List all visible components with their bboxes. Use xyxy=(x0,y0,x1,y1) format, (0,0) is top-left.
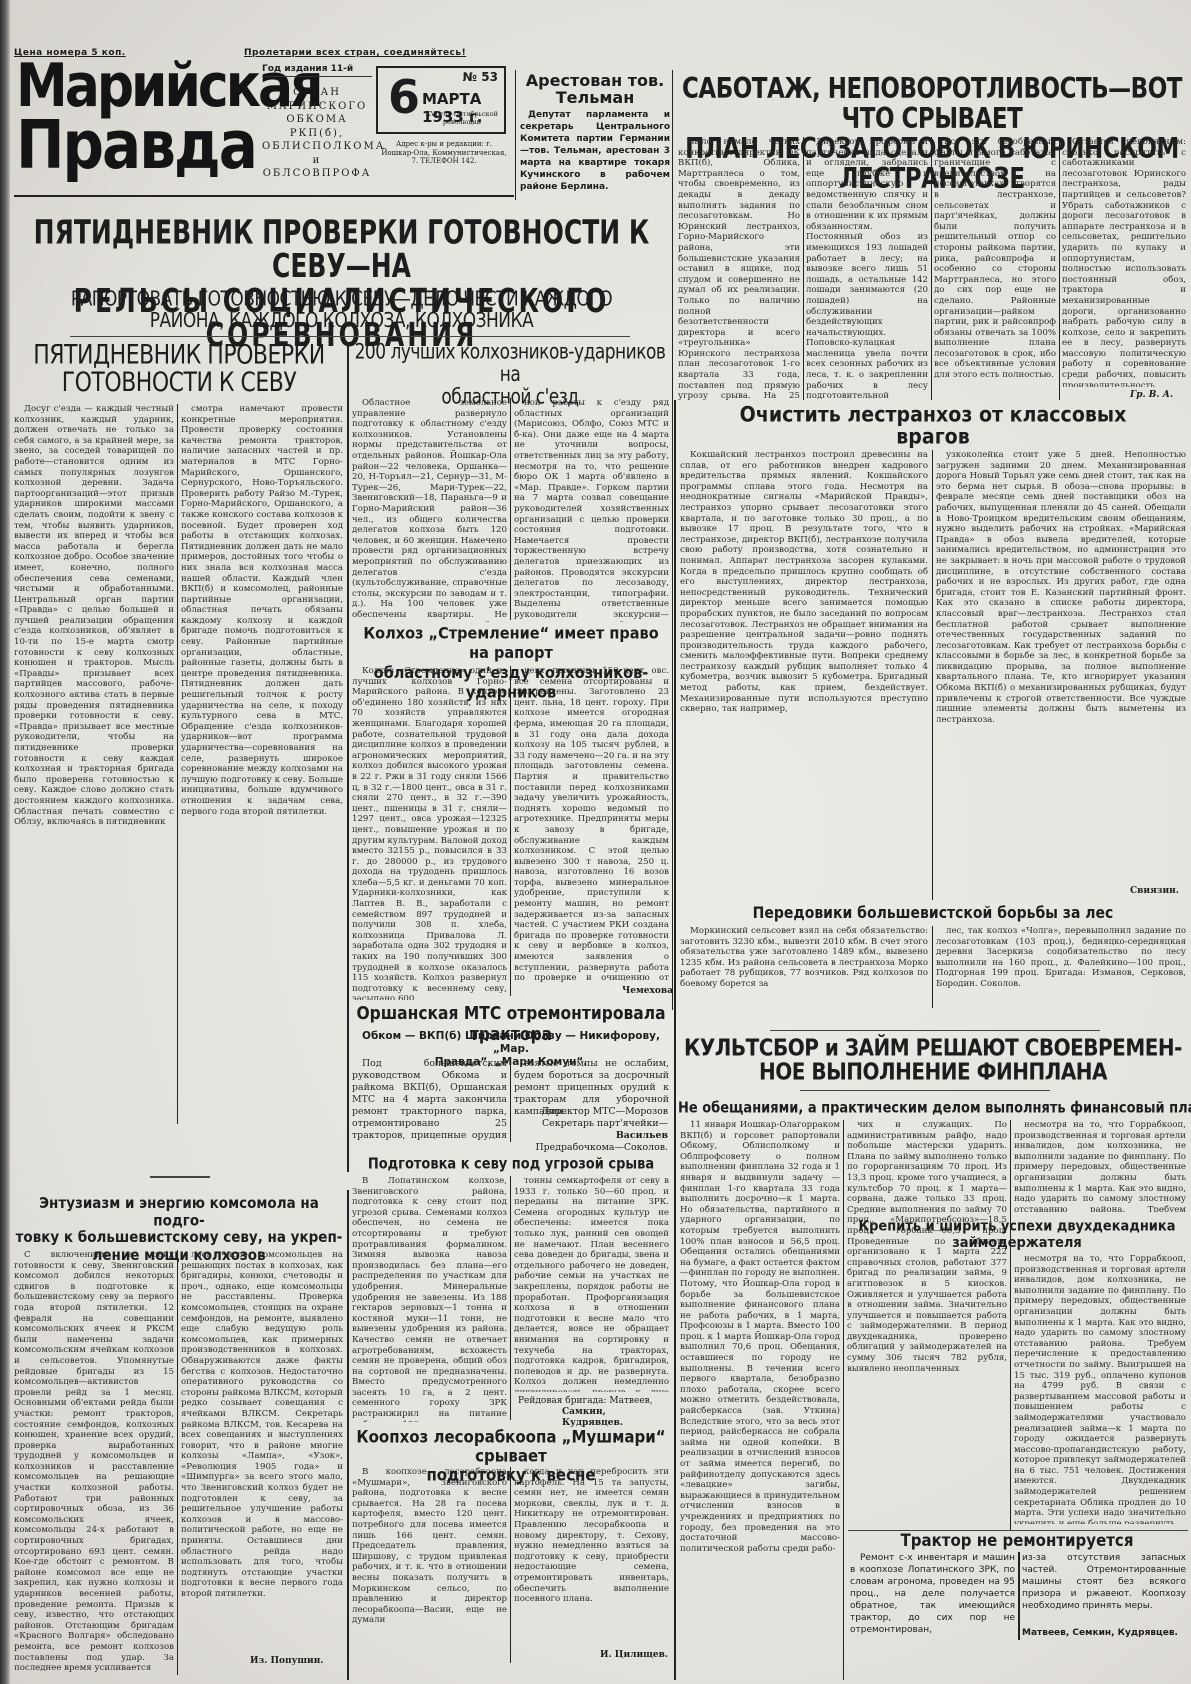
stremlenie-title-line-1: Колхоз „Стремление“ имеет право на рапор… xyxy=(352,624,670,664)
mushmari-signature: И. Цилищев. xyxy=(600,1650,668,1660)
column-rule xyxy=(347,342,349,1172)
article-text: смотра намечают провести конкретные меро… xyxy=(181,404,343,817)
sabotage-title-line-1: САБОТАЖ, НЕПОВОРОТЛИВОСТЬ—ВОТ ЧТО СРЫВАЕ… xyxy=(676,74,1188,134)
cleanse-column-2: узкоколейка стоит уже 5 дней. Неполность… xyxy=(936,450,1186,882)
komsomol-title-line-1: Энтузиазм и энергию комсомола на подго- xyxy=(14,1196,344,1230)
organ-line: МАРИЙСКОГО xyxy=(262,100,372,114)
orsha-subtitle-line-1: Обком — ВКП(б) Ширвани Облзу — Никифоров… xyxy=(352,1030,670,1056)
stremlenie-column-1: Колхоз «Стремление» один из лучших колхо… xyxy=(352,666,507,1000)
publication-year: Год издания 11-й xyxy=(262,64,372,77)
five-day-column-1: Досуг с'езда — каждый честный колхозник,… xyxy=(14,404,174,1129)
orsha-signatures: Директор МТС—Морозов Секретарь парт'ячей… xyxy=(530,1106,668,1154)
cleanse-column-1: Кокшайский лестранхоз построил древесины… xyxy=(680,450,928,902)
five-day-column-2: смотра намечают провести конкретные меро… xyxy=(181,404,343,1129)
article-text: 11 января Йошкар-Олагорраком ВКП(б) и го… xyxy=(680,1120,840,1554)
section-rule xyxy=(770,1030,1100,1031)
masthead-rule xyxy=(14,195,514,197)
column-rule xyxy=(510,1058,511,1142)
best-200-column-1: Областное земельное управление развернул… xyxy=(352,398,507,622)
sabotage-signature: Гр. В. А. xyxy=(1130,390,1173,400)
cleanse-title-line-1: Очистить лестранхоз от классовых xyxy=(680,404,1186,426)
article-text: узкоколейка стоит уже 5 дней. Неполность… xyxy=(936,450,1186,725)
article-text: Областное земельное управление развернул… xyxy=(352,398,507,622)
column-rule xyxy=(931,137,932,400)
article-text: Досуг с'езда — каждый честный колхозник,… xyxy=(14,404,174,828)
column-rule xyxy=(1010,1120,1011,1530)
article-text: лось число комсомольцев на решающих пост… xyxy=(181,1250,343,1600)
sabotage-column-2: Директор, профсоюз и партячейка вида сде… xyxy=(806,137,928,400)
cleanse-headline: Очистить лестранхоз от классовых врагов xyxy=(680,404,1186,448)
tractor-column-2: из-за отсутствия запасных частей. Отремо… xyxy=(1022,1552,1186,1612)
threat-column-2: тонны семкартофеля от севу в 1933 г. тол… xyxy=(514,1176,669,1392)
article-text: цент. пшеницы, 150 цент. овс. все семена… xyxy=(514,666,669,984)
five-day-title-line-1: ПЯТИДНЕВНИК ПРОВЕРКИ xyxy=(14,342,344,370)
issue-number: № 53 xyxy=(463,70,498,84)
komsomol-column-1: С включением в рейд готовности к севу, З… xyxy=(14,1250,174,1680)
column-rule xyxy=(347,1190,349,1680)
threat-signatures: Рейдовая бригада: Матвеев, Самкин, Кудря… xyxy=(518,1396,668,1429)
signature-line: Самкин, Кудрявцев. xyxy=(518,1407,668,1429)
signature-line: Предрабочкома—Соколов. xyxy=(530,1142,668,1154)
editorial-address: Адрес к-ры и редакции: г. Йошкар-Ола, Ко… xyxy=(380,140,508,166)
article-text: С включением в рейд готовности к севу, З… xyxy=(14,1250,174,1674)
article-text: Директор, профсоюз и партячейка вида сде… xyxy=(806,137,928,400)
vanguard-column-2: лес, так колхоз «Чолга», перевыполнил за… xyxy=(936,926,1186,1006)
sabotage-column-4: Остается непонятным: сколько распрятать … xyxy=(1062,137,1186,387)
article-text: Кокшайский лестранхоз построил древесины… xyxy=(680,450,928,715)
article-text: Моркинский сельсовет взял на себя обязат… xyxy=(680,926,928,990)
column-rule xyxy=(843,1120,844,1680)
kultsbor-headline: КУЛЬТСБОР и ЗАЙМ РЕШАЮТ СВОЕВРЕМЕН- НОЕ … xyxy=(678,1036,1188,1084)
cleanse-title-line-2: врагов xyxy=(680,426,1186,448)
stremlenie-signature: Чемехова. xyxy=(622,986,676,996)
column-rule xyxy=(674,400,676,1680)
signature-line: Рейдовая бригада: Матвеев, xyxy=(518,1396,668,1407)
newspaper-page: Цена номера 5 коп. Пролетарии всех стран… xyxy=(10,0,1191,1684)
column-rule xyxy=(803,137,804,400)
article-text: тонны семкартофеля от севу в 1933 г. тол… xyxy=(514,1176,669,1392)
threat-column-1: В Лопатинском колхозе, Звениговского рай… xyxy=(352,1176,507,1422)
thalmann-article: Арестован тов. Тельман Депутат парламент… xyxy=(520,72,670,193)
main-subheadline-line-2: РАЙОНА, КАЖДОГО КОЛХОЗА, КОЛХОЗНИКА xyxy=(14,311,669,332)
five-day-headline: ПЯТИДНЕВНИК ПРОВЕРКИ ГОТОВНОСТИ К СЕВУ xyxy=(14,342,344,397)
organ-block: ОРГАН МАРИЙСКОГО ОБКОМА РКП(б), ОБЛИСПОЛ… xyxy=(262,86,372,181)
article-text: несмотря на то, что Горрабкооп, производ… xyxy=(1014,1120,1186,1212)
cleanse-signature: Свиязин. xyxy=(1130,886,1179,896)
article-text: ной работы к с'езду ряд областных органи… xyxy=(514,398,669,622)
organ-line: ОРГАН xyxy=(262,86,372,100)
organ-line: ОБЛСОВПРОФА xyxy=(262,167,372,181)
article-text: В Лопатинском колхозе, Звениговского рай… xyxy=(352,1176,507,1422)
page-binding-edge xyxy=(0,0,10,1684)
orsha-column-1: Под большевистским руководством Обкома и… xyxy=(352,1058,507,1140)
kultsbor-column-1: 11 января Йошкар-Олагорраком ВКП(б) и го… xyxy=(680,1120,840,1600)
section-rule xyxy=(150,1176,210,1178)
column-rule xyxy=(510,1176,511,1420)
komsomol-signature: Из. Попушин. xyxy=(250,1656,323,1666)
column-rule xyxy=(1018,1552,1020,1640)
best-200-title-line-1: 200 лучших колхозников-ударников на xyxy=(352,342,668,387)
column-rule xyxy=(932,926,933,1008)
article-text: Под большевистским руководством Обкома и… xyxy=(352,1058,507,1140)
column-rule xyxy=(672,70,673,1010)
article-text: лес, так колхоз «Чолга», перевыполнил за… xyxy=(936,926,1186,990)
mushmari-column-1: В коопхозе лесорабкоопа «Мушмари», Звени… xyxy=(352,1467,507,1667)
column-rule xyxy=(510,398,511,620)
threat-headline: Подготовка к севу под угрозой срыва xyxy=(352,1156,670,1173)
komsomol-column-2: лось число комсомольцев на решающих пост… xyxy=(181,1250,343,1650)
column-rule xyxy=(177,404,178,1124)
sabotage-column-1: Было немало четких конкретных директив О… xyxy=(678,137,800,400)
signature-line: Васильев xyxy=(530,1130,668,1142)
mushmari-title-line-1: Коопхоз лесорабкоопа „Мушмари“ срывает xyxy=(352,1428,670,1466)
article-text: когда и как перебросить эти картофель. Н… xyxy=(514,1467,669,1605)
signature-line: Секретарь парт'ячейки— xyxy=(530,1118,668,1130)
vanguard-headline: Передовики большевистской борьбы за лес xyxy=(680,904,1186,922)
column-rule xyxy=(515,70,516,200)
kultsbor-column-3: несмотря на то, что Горрабкооп, производ… xyxy=(1014,1120,1186,1212)
column-rule xyxy=(510,1467,511,1663)
mushmari-column-2: когда и как перебросить эти картофель. Н… xyxy=(514,1467,669,1637)
column-rule xyxy=(510,666,511,996)
thalmann-body: Депутат парламента и секретарь Центральн… xyxy=(520,109,670,193)
sabotage-column-3: Все эти безобразные факты прямого сабота… xyxy=(934,137,1056,400)
date-day: 6 xyxy=(388,74,420,120)
date-box: 6 № 53 МАРТА 1933 г. XVI год Октябрьской… xyxy=(376,66,506,134)
kultsbor-title-line-1: КУЛЬТСБОР и ЗАЙМ РЕШАЮТ СВОЕВРЕМЕН- xyxy=(678,1036,1188,1060)
signature-line: Директор МТС—Морозов xyxy=(530,1106,668,1118)
main-headline-line-1: ПЯТИДНЕВНИК ПРОВЕРКИ ГОТОВНОСТИ К СЕВУ—Н… xyxy=(14,216,669,284)
five-day-title-line-2: ГОТОВНОСТИ К СЕВУ xyxy=(14,370,344,398)
main-subheadline-line-1: РАПОРТОВАТЬ ГОТОВНОСТЬЮ К СЕВУ—ДЕЛО ЧЕСТ… xyxy=(14,290,669,311)
komsomol-title-line-2: товку к большевистскому севу, на укреп- xyxy=(14,1230,344,1247)
main-subheadline: РАПОРТОВАТЬ ГОТОВНОСТЬЮ К СЕВУ—ДЕЛО ЧЕСТ… xyxy=(14,290,669,333)
revolution-anniversary: XVI год Октябрьской революции xyxy=(422,110,502,126)
tractor-signature: Матвеев, Семкин, Кудрявцев. xyxy=(1022,1628,1178,1638)
article-text: Колхоз «Стремление» один из лучших колхо… xyxy=(352,666,507,1000)
organ-line: ОБКОМА РКП(б), xyxy=(262,113,372,140)
column-rule xyxy=(932,450,933,900)
article-text: Остается непонятным: сколько распрятать … xyxy=(1062,137,1186,387)
vanguard-column-1: Моркинский сельсовет взял на себя обязат… xyxy=(680,926,928,1006)
article-text: Было немало четких конкретных директив О… xyxy=(678,137,800,400)
tractor-headline: Трактор не ремонтируется xyxy=(848,1530,1186,1551)
article-text: Все эти безобразные факты прямого сабота… xyxy=(934,137,1056,381)
thalmann-title: Арестован тов. Тельман xyxy=(520,72,670,106)
column-rule xyxy=(1059,137,1060,400)
stremlenie-column-2: цент. пшеницы, 150 цент. овс. все семена… xyxy=(514,666,669,984)
tractor-column-1: Ремонт с-х инвентаря и машин в коопхозе … xyxy=(850,1552,1015,1636)
kultsbor-title-line-2: НОЕ ВЫПОЛНЕНИЕ ФИНПЛАНА xyxy=(678,1060,1188,1084)
column-rule xyxy=(177,1250,178,1675)
kultsbor-column-2: чих и служащих. По административным райф… xyxy=(847,1120,1007,1530)
organ-line: ОБЛИСПОЛКОМА и xyxy=(262,140,372,167)
kultsbor-subheadline: Не обещаниями, а практическим делом выпо… xyxy=(678,1100,1188,1117)
section-rule xyxy=(800,1090,1050,1091)
best-200-column-2: ной работы к с'езду ряд областных органи… xyxy=(514,398,669,622)
two-decade-title-line-2: займодержателя xyxy=(848,1235,1186,1252)
kultsbor-column-3-continued: несмотря на то, что Горрабкооп, производ… xyxy=(1014,1254,1186,1524)
section-rule xyxy=(70,336,630,337)
article-text: В коопхозе лесорабкоопа «Мушмари», Звени… xyxy=(352,1467,507,1626)
two-decade-headline: Крепить и ширить успехи двухдекадника за… xyxy=(848,1218,1186,1252)
two-decade-title-line-1: Крепить и ширить успехи двухдекадника xyxy=(848,1218,1186,1235)
article-text: несмотря на то, что Горрабкооп, производ… xyxy=(1014,1254,1186,1524)
